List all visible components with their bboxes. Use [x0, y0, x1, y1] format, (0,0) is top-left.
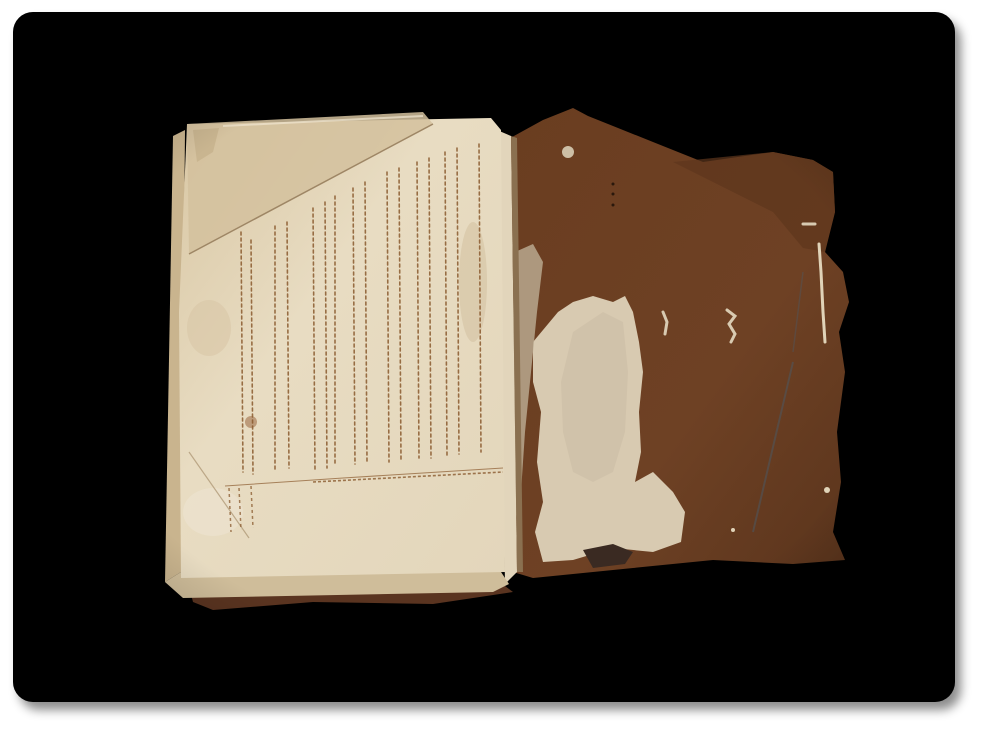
photo-frame: Old handwritten manuscript book lying op…: [13, 12, 955, 702]
manuscript-photo: [13, 12, 955, 702]
